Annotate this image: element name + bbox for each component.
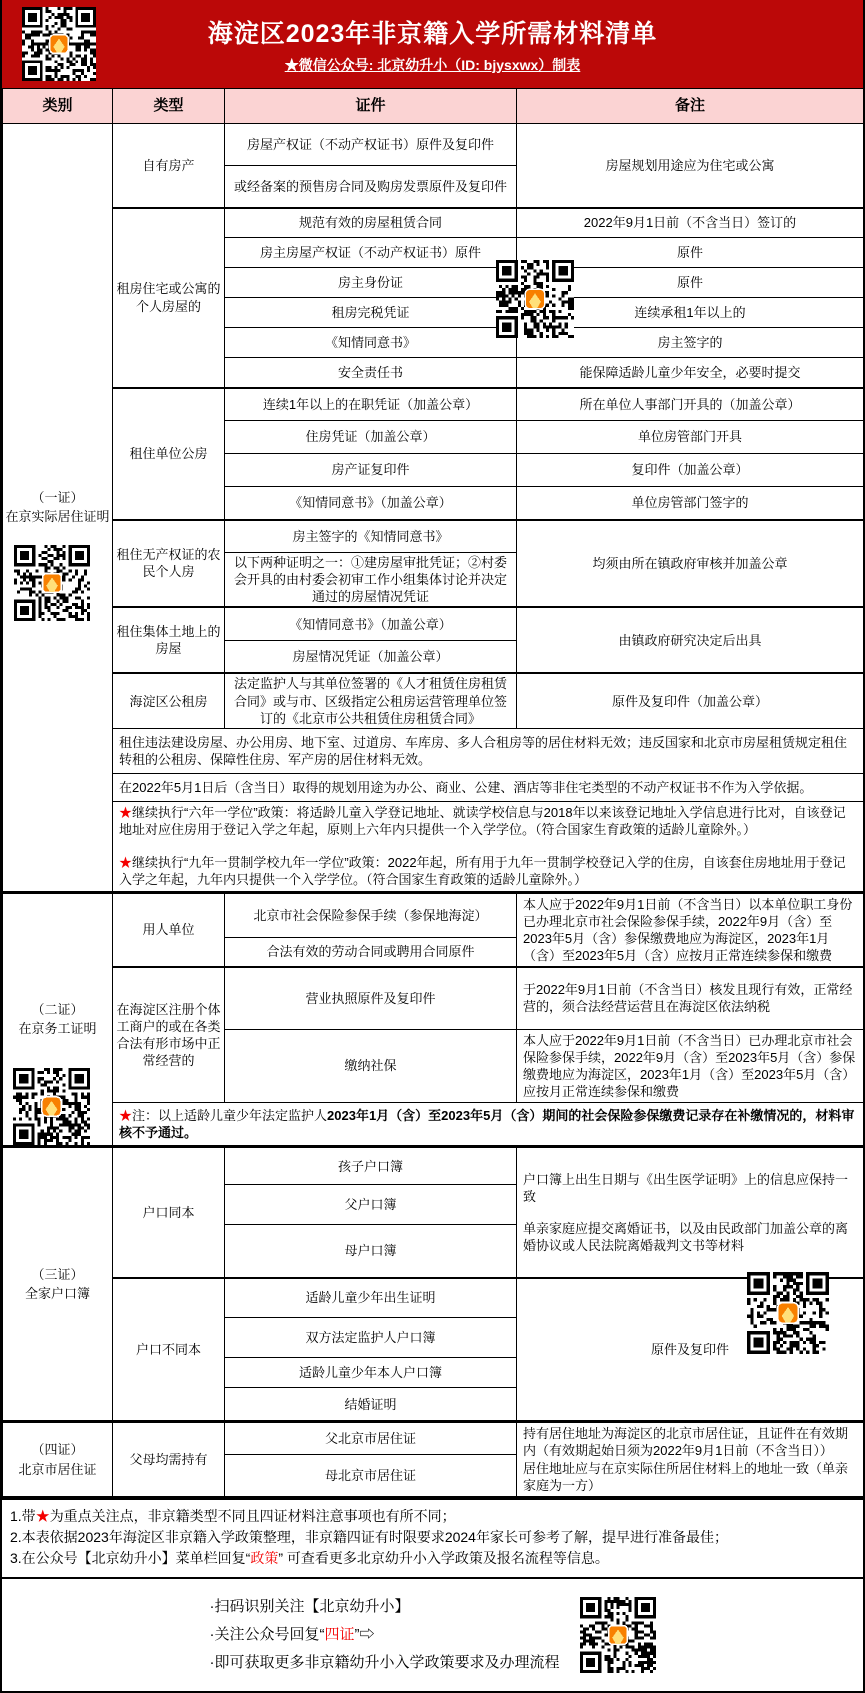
- note-cell: 于2022年9月1日前（不含当日）核发且现行有效，正常经营的，须合法经营运营且在…: [517, 967, 864, 1029]
- promo-line-1: ·扫码识别关注【北京幼升小】: [210, 1593, 560, 1621]
- invalid-housing-note: 租住违法建设房屋、办公用房、地下室、过道房、车库房、多人合租房等的居住材料无效；…: [113, 728, 864, 773]
- cert-cell: 连续1年以上的在职凭证（加盖公章）: [225, 388, 517, 421]
- subtitle-text: 微信公众号: 北京幼升小（ID: bjysxwx）制表: [299, 57, 581, 73]
- policy-nine-year-text: 继续执行“九年一贯制学校九年一学位”政策：2022年起，所有用于九年一贯制学校登…: [119, 855, 846, 887]
- table-row: （一证） 在京实际居住证明 自有房产 房屋产权证（不动产权证书）原件及复印件 房…: [3, 124, 864, 166]
- promo-line-2-arrow: ”⇨: [355, 1626, 375, 1643]
- note-cell: 能保障适龄儿童少年安全，必要时提交: [517, 358, 864, 388]
- type-cell: 用人单位: [113, 892, 225, 967]
- table-row: （四证） 北京市居住证 父母均需持有 父北京市居住证 持有居住地址为海淀区的北京…: [3, 1422, 864, 1455]
- category-cell-1: （一证） 在京实际居住证明: [3, 124, 113, 893]
- footnotes: 1.带★为重点关注点，非京籍类型不同且四证材料注意事项也有所不同； 2.本表依据…: [2, 1497, 863, 1577]
- footnote-3-pre: 3.在公众号【北京幼升小】菜单栏回复“: [10, 1550, 250, 1566]
- cert-cell: 住房凭证（加盖公章）: [225, 421, 517, 454]
- col-header-category: 类别: [3, 89, 113, 124]
- promo-line-2-keyword: 四证: [325, 1626, 355, 1643]
- cert-cell: 房主房屋产权证（不动产权证书）原件: [225, 238, 517, 268]
- qr-code-icon: [496, 260, 574, 338]
- type-cell: 租住集体土地上的房屋: [113, 607, 225, 673]
- note-cell: 持有居住地址为海淀区的北京市居住证，且证件在有效期内（有效期起始日须为2022年…: [517, 1422, 864, 1497]
- category-cell-3: （三证） 全家户口簿: [3, 1147, 113, 1422]
- policy-note-cell: ★继续执行“六年一学位”政策：将适龄儿童入学登记地址、就读学校信息与2018年以…: [113, 801, 864, 892]
- note-cell: 原件及复印件（加盖公章）: [517, 673, 864, 728]
- note-cell: 单位房管部门签字的: [517, 487, 864, 520]
- table-row: 租住单位公房 连续1年以上的在职凭证（加盖公章） 所在单位人事部门开具的（加盖公…: [3, 388, 864, 421]
- cert-cell: 北京市社会保险参保手续（参保地海淀）: [225, 892, 517, 937]
- type-cell: 租住无产权证的农民个人房: [113, 520, 225, 608]
- single-parent-note: 单亲家庭应提交离婚证书，以及由民政部门加盖公章的离婚协议或人民法院离婚裁判文书等…: [523, 1220, 857, 1254]
- cert-cell: 适龄儿童少年本人户口簿: [225, 1358, 517, 1388]
- promo-lines: ·扫码识别关注【北京幼升小】 ·关注公众号回复“四证”⇨ ·即可获取更多非京籍幼…: [210, 1593, 560, 1676]
- note-cell: 单位房管部门开具: [517, 421, 864, 454]
- column-header-row: 类别 类型 证件 备注: [3, 89, 864, 124]
- cert-cell: 缴纳社保: [225, 1029, 517, 1103]
- cert-cell: 以下两种证明之一：①建房屋审批凭证；②村委会开具的由村委会初审工作小组集体讨论并…: [225, 553, 517, 608]
- promo-section: ·扫码识别关注【北京幼升小】 ·关注公众号回复“四证”⇨ ·即可获取更多非京籍幼…: [2, 1577, 863, 1691]
- cert-cell: 结婚证明: [225, 1388, 517, 1422]
- page-subtitle: ★微信公众号: 北京幼升小（ID: bjysxwx）制表: [285, 55, 581, 75]
- hukou-birth-note: 户口簿上出生日期与《出生医学证明》上的信息应保持一致: [523, 1171, 857, 1205]
- note-cell: 所在单位人事部门开具的（加盖公章）: [517, 388, 864, 421]
- qr-code-icon: [22, 7, 96, 81]
- table-row: 在2022年5月1日后（含当日）取得的规划用途为办公、商业、公建、酒店等非住宅类…: [3, 773, 864, 801]
- promo-line-2: ·关注公众号回复“四证”⇨: [210, 1621, 560, 1649]
- footnote-2: 2.本表依据2023年海淀区非京籍入学政策整理，非京籍四证有时限要求2024年家…: [10, 1527, 855, 1548]
- social-insurance-warning: ★注：以上适龄儿童少年法定监护人2023年1月（含）至2023年5月（含）期间的…: [113, 1103, 864, 1147]
- note-cell: 复印件（加盖公章）: [517, 454, 864, 487]
- table-row: ★注：以上适龄儿童少年法定监护人2023年1月（含）至2023年5月（含）期间的…: [3, 1103, 864, 1147]
- qr-code-icon: [13, 1068, 90, 1145]
- cert-cell: 房主签字的《知情同意书》: [225, 520, 517, 553]
- type-cell: 租住单位公房: [113, 388, 225, 520]
- category-cell-4: （四证） 北京市居住证: [3, 1422, 113, 1497]
- table-row: 海淀区公租房 法定监护人与其单位签署的《人才租赁住房租赁合同》或与市、区级指定公…: [3, 673, 864, 728]
- col-header-certificate: 证件: [225, 89, 517, 124]
- col-header-remark: 备注: [517, 89, 864, 124]
- note-cell: 户口簿上出生日期与《出生医学证明》上的信息应保持一致 单亲家庭应提交离婚证书，以…: [517, 1147, 864, 1278]
- cert-cell: 安全责任书: [225, 358, 517, 388]
- footnote-1: 1.带★为重点关注点，非京籍类型不同且四证材料注意事项也有所不同；: [10, 1506, 855, 1527]
- table-row: （二证） 在京务工证明 用人单位 北京市社会保险参保手续（参保地海淀） 本人应于…: [3, 892, 864, 937]
- policy-six-year-text: 继续执行“六年一学位”政策：将适龄儿童入学登记地址、就读学校信息与2018年以来…: [119, 805, 846, 837]
- table-row: 租住违法建设房屋、办公用房、地下室、过道房、车库房、多人合租房等的居住材料无效；…: [3, 728, 864, 773]
- qr-code-icon: [14, 545, 90, 621]
- note-cell: 2022年9月1日前（不含当日）签订的: [517, 208, 864, 238]
- table-row: 租房住宅或公寓的个人房屋的 规范有效的房屋租赁合同 2022年9月1日前（不含当…: [3, 208, 864, 238]
- star-icon: ★: [119, 805, 132, 820]
- cert-cell: 孩子户口簿: [225, 1147, 517, 1185]
- policy-six-year: ★继续执行“六年一学位”政策：将适龄儿童入学登记地址、就读学校信息与2018年以…: [119, 804, 857, 838]
- type-cell: 租房住宅或公寓的个人房屋的: [113, 208, 225, 388]
- cert-cell: 《知情同意书》（加盖公章）: [225, 487, 517, 520]
- star-icon: ★: [119, 855, 132, 870]
- cert-cell: 房主身份证: [225, 268, 517, 298]
- note-cell: 均须由所在镇政府审核并加盖公章: [517, 520, 864, 608]
- table-row: （三证） 全家户口簿 户口同本 孩子户口簿 户口簿上出生日期与《出生医学证明》上…: [3, 1147, 864, 1185]
- footnote-3: 3.在公众号【北京幼升小】菜单栏回复“政策” 可查看更多北京幼升小入学政策及报名…: [10, 1548, 855, 1569]
- materials-table: 类别 类型 证件 备注 （一证） 在京实际居住证明 自有房产 房屋产权证（不动产…: [2, 88, 864, 1497]
- cert-cell: 房屋产权证（不动产权证书）原件及复印件: [225, 124, 517, 166]
- cert-cell: 房产证复印件: [225, 454, 517, 487]
- date-restriction-note: 在2022年5月1日后（含当日）取得的规划用途为办公、商业、公建、酒店等非住宅类…: [113, 773, 864, 801]
- note-cell: 由镇政府研究决定后出具: [517, 607, 864, 673]
- table-row: 在海淀区注册个体工商户的或在各类合法有形市场中正常经营的 营业执照原件及复印件 …: [3, 967, 864, 1029]
- type-cell: 海淀区公租房: [113, 673, 225, 728]
- qr-code-icon: [747, 1272, 829, 1354]
- col-header-type: 类型: [113, 89, 225, 124]
- footnote-1-pre: 1.带: [10, 1508, 36, 1524]
- cert-cell: 租房完税凭证: [225, 298, 517, 328]
- cert-cell: 营业执照原件及复印件: [225, 967, 517, 1029]
- type-cell: 自有房产: [113, 124, 225, 208]
- cert-cell: 父北京市居住证: [225, 1422, 517, 1455]
- policy-nine-year: ★继续执行“九年一贯制学校九年一学位”政策：2022年起，所有用于九年一贯制学校…: [119, 854, 857, 888]
- cert-cell: 母北京市居住证: [225, 1455, 517, 1497]
- cert-cell: 双方法定监护人户口簿: [225, 1318, 517, 1358]
- table-row: 户口不同本 适龄儿童少年出生证明 原件及复印件: [3, 1278, 864, 1318]
- materials-checklist-page: 海淀区2023年非京籍入学所需材料清单 ★微信公众号: 北京幼升小（ID: bj…: [0, 0, 865, 1693]
- cert-cell: 《知情同意书》（加盖公章）: [225, 607, 517, 640]
- table-row: 租住无产权证的农民个人房 房主签字的《知情同意书》 均须由所在镇政府审核并加盖公…: [3, 520, 864, 553]
- type-cell: 户口同本: [113, 1147, 225, 1278]
- cert-cell: 母户口簿: [225, 1225, 517, 1278]
- promo-line-2-pre: ·关注公众号回复“: [210, 1626, 325, 1643]
- page-title: 海淀区2023年非京籍入学所需材料清单: [208, 14, 658, 50]
- cert-cell: 合法有效的劳动合同或聘用合同原件: [225, 937, 517, 967]
- warning-text: 注：以上适龄儿童少年法定监护人: [132, 1108, 327, 1123]
- cert-cell: 房屋情况凭证（加盖公章）: [225, 640, 517, 673]
- note-cell: 本人应于2022年9月1日前（不含当日）已办理北京市社会保险参保手续，2022年…: [517, 1029, 864, 1103]
- type-cell: 在海淀区注册个体工商户的或在各类合法有形市场中正常经营的: [113, 967, 225, 1103]
- cert-cell: 父户口簿: [225, 1185, 517, 1225]
- qr-code-icon: [580, 1597, 656, 1673]
- star-icon: ★: [36, 1508, 50, 1524]
- cert-cell: 法定监护人与其单位签署的《人才租赁住房租赁合同》或与市、区级指定公租房运营管理单…: [225, 673, 517, 728]
- red-banner: 海淀区2023年非京籍入学所需材料清单 ★微信公众号: 北京幼升小（ID: bj…: [2, 0, 863, 88]
- note-cell: 房屋规划用途应为住宅或公寓: [517, 124, 864, 208]
- note-cell: 本人应于2022年9月1日前（不含当日）以本单位职工身份已办理北京市社会保险参保…: [517, 892, 864, 967]
- cert-cell: 规范有效的房屋租赁合同: [225, 208, 517, 238]
- footnote-1-post: 为重点关注点，非京籍类型不同且四证材料注意事项也有所不同；: [50, 1508, 456, 1524]
- cert-cell: 适龄儿童少年出生证明: [225, 1278, 517, 1318]
- cert-cell: 《知情同意书》: [225, 328, 517, 358]
- star-icon: ★: [119, 1108, 132, 1123]
- cert-cell: 或经备案的预售房合同及购房发票原件及复印件: [225, 166, 517, 208]
- table-row: 租住集体土地上的房屋 《知情同意书》（加盖公章） 由镇政府研究决定后出具: [3, 607, 864, 640]
- table-row: ★继续执行“六年一学位”政策：将适龄儿童入学登记地址、就读学校信息与2018年以…: [3, 801, 864, 892]
- promo-line-3: ·即可获取更多非京籍幼升小入学政策要求及办理流程: [210, 1649, 560, 1677]
- footnote-3-keyword: 政策: [250, 1550, 278, 1566]
- footnote-3-post: ” 可查看更多北京幼升小入学政策及报名流程等信息。: [278, 1550, 609, 1566]
- type-cell: 父母均需持有: [113, 1422, 225, 1497]
- subtitle-star: ★: [285, 57, 299, 73]
- type-cell: 户口不同本: [113, 1278, 225, 1422]
